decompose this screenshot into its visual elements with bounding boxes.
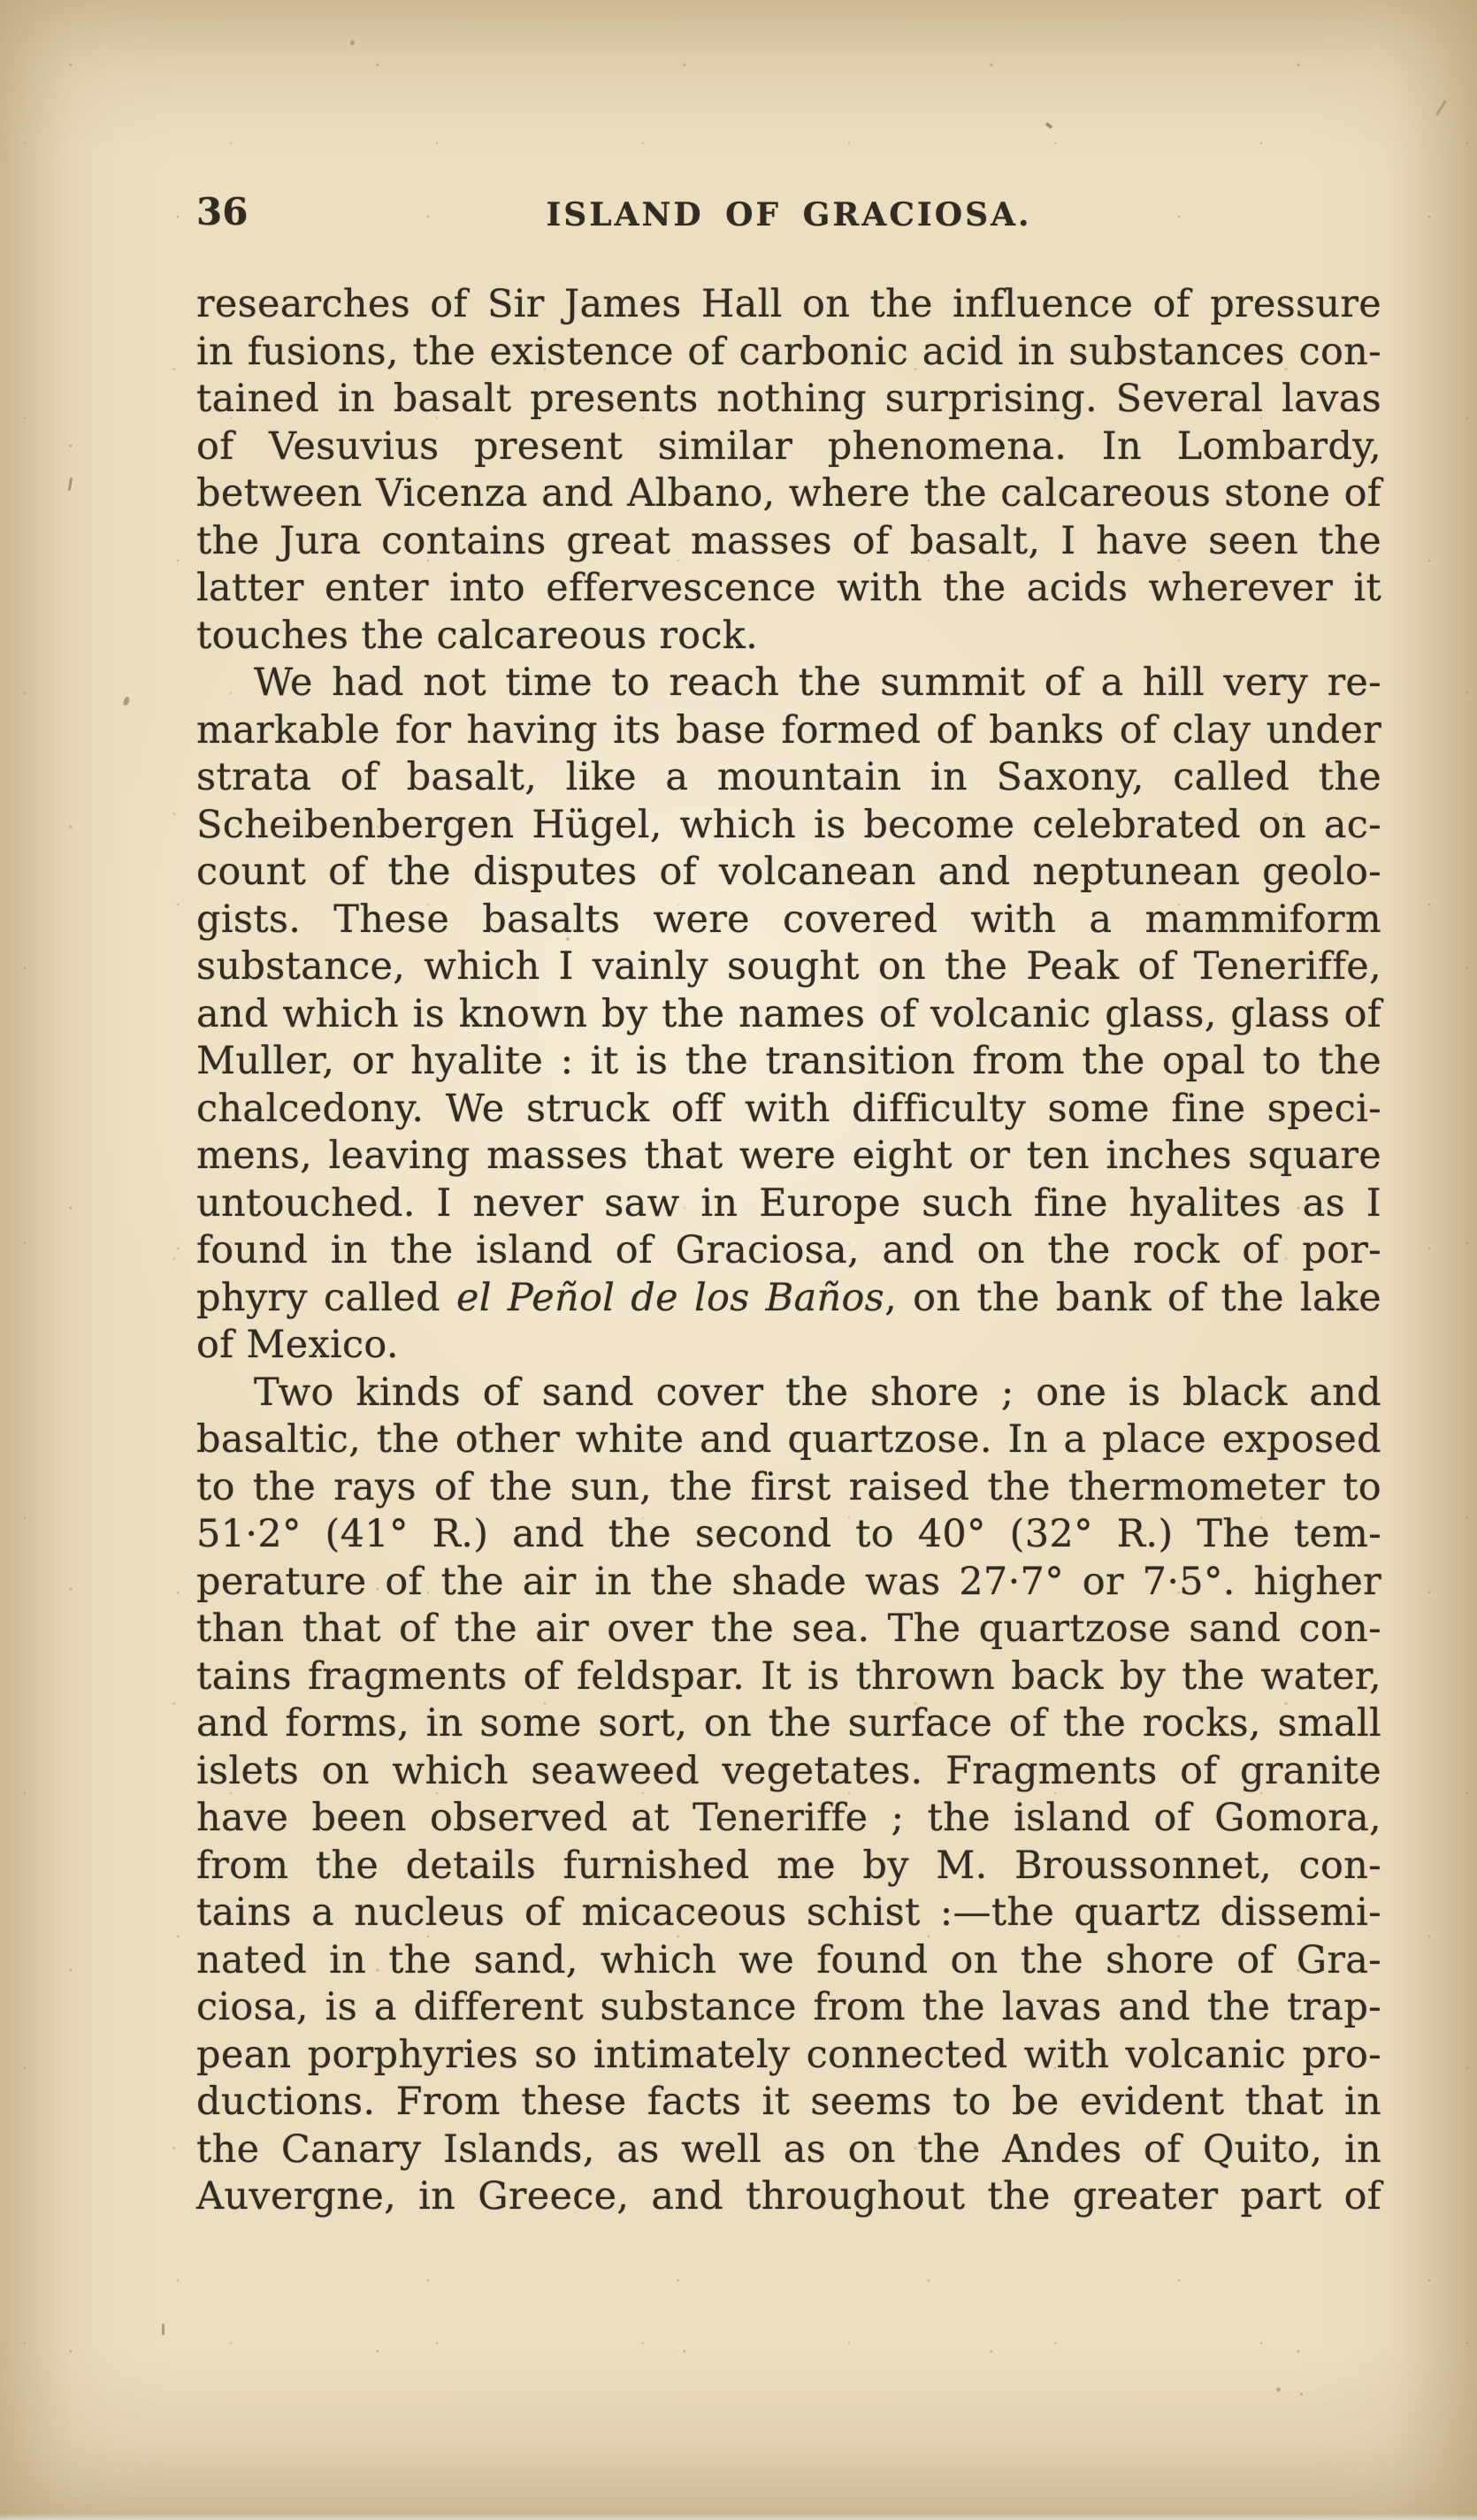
text-segment: strata of basalt, like a mountain in Sax…: [196, 755, 1381, 799]
text-segment: of Mexico.: [196, 1323, 399, 1367]
text-line: between Vicenza and Albano, where the ca…: [196, 470, 1381, 518]
running-title: ISLAND OF GRACIOSA.: [196, 196, 1381, 233]
text-segment: Scheibenbergen Hügel, which is become ce…: [196, 803, 1381, 847]
text-segment: of Vesuvius present similar phenomena. I…: [196, 424, 1381, 469]
text-segment: count of the disputes of volcanean and n…: [196, 850, 1381, 894]
text-line: chalcedony. We struck off with difficult…: [196, 1086, 1381, 1134]
scan-artifact: [1435, 100, 1447, 117]
text-segment: Two kinds of sand cover the shore ; one …: [254, 1371, 1381, 1415]
text-segment: and forms, in some sort, on the surface …: [196, 1701, 1381, 1745]
text-line: tains a nucleus of micaceous schist :—th…: [196, 1890, 1381, 1937]
scan-artifact: [1276, 2387, 1281, 2392]
text-segment: mens, leaving masses that were eight or …: [196, 1134, 1381, 1178]
text-segment: gists. These basalts were covered with a…: [196, 897, 1381, 942]
text-segment: found in the island of Graciosa, and on …: [196, 1228, 1381, 1272]
text-segment: tains a nucleus of micaceous schist :—th…: [196, 1890, 1381, 1935]
text-segment: nated in the sand, which we found on the…: [196, 1938, 1381, 1982]
text-line: Auvergne, in Greece, and throughout the …: [196, 2173, 1381, 2221]
text-line: than that of the air over the sea. The q…: [196, 1606, 1381, 1653]
text-segment: tains fragments of feldspar. It is throw…: [196, 1654, 1381, 1699]
text-line: have been observed at Teneriffe ; the is…: [196, 1795, 1381, 1843]
text-segment: in fusions, the existence of carbonic ac…: [196, 330, 1381, 374]
scanned-book-page: 36 ISLAND OF GRACIOSA. researches of Sir…: [0, 0, 1477, 2520]
text-line: basaltic, the other white and quartzose.…: [196, 1417, 1381, 1464]
text-segment: ciosa, is a different substance from the…: [196, 1985, 1381, 2029]
text-line: in fusions, the existence of carbonic ac…: [196, 329, 1381, 377]
text-segment: phyry called: [196, 1276, 456, 1320]
text-segment: and which is known by the names of volca…: [196, 992, 1381, 1036]
text-line: nated in the sand, which we found on the…: [196, 1937, 1381, 1985]
text-line: to the rays of the sun, the first raised…: [196, 1464, 1381, 1512]
text-line: found in the island of Graciosa, and on …: [196, 1227, 1381, 1275]
text-line: Two kinds of sand cover the shore ; one …: [196, 1370, 1381, 1417]
text-line: perature of the air in the shade was 27·…: [196, 1559, 1381, 1607]
text-line: phyry called el Peñol de los Baños, on t…: [196, 1275, 1381, 1323]
text-line: from the details furnished me by M. Brou…: [196, 1843, 1381, 1890]
scan-artifact: [1045, 122, 1053, 129]
running-head: 36 ISLAND OF GRACIOSA.: [196, 193, 1381, 237]
text-segment: chalcedony. We struck off with difficult…: [196, 1087, 1381, 1131]
text-line: untouched. I never saw in Europe such fi…: [196, 1180, 1381, 1228]
text-line: ciosa, is a different substance from the…: [196, 1984, 1381, 2032]
text-segment: to the rays of the sun, the first raised…: [196, 1465, 1381, 1509]
paragraph: researches of Sir James Hall on the infl…: [196, 281, 1381, 660]
text-segment: the Jura contains great masses of basalt…: [196, 519, 1381, 563]
text-line: tains fragments of feldspar. It is throw…: [196, 1653, 1381, 1701]
scan-bottom-edge: [0, 2514, 1477, 2520]
text-line: ductions. From these facts it seems to b…: [196, 2079, 1381, 2127]
text-line: count of the disputes of volcanean and n…: [196, 849, 1381, 897]
text-segment: researches of Sir James Hall on the infl…: [196, 282, 1381, 326]
text-segment: than that of the air over the sea. The q…: [196, 1607, 1381, 1651]
text-line: of Mexico.: [196, 1322, 1381, 1370]
text-segment: have been observed at Teneriffe ; the is…: [196, 1796, 1381, 1840]
text-segment: untouched. I never saw in Europe such fi…: [196, 1181, 1381, 1226]
text-line: latter enter into effervescence with the…: [196, 565, 1381, 613]
text-segment: islets on which seaweed vegetates. Fragm…: [196, 1749, 1381, 1793]
paragraph: Two kinds of sand cover the shore ; one …: [196, 1370, 1381, 2221]
text-segment: markable for having its base formed of b…: [196, 708, 1381, 752]
text-segment: substance, which I vainly sought on the …: [196, 944, 1381, 989]
text-line: the Canary Islands, as well as on the An…: [196, 2127, 1381, 2174]
text-line: islets on which seaweed vegetates. Fragm…: [196, 1748, 1381, 1796]
text-line: We had not time to reach the summit of a…: [196, 660, 1381, 707]
text-line: of Vesuvius present similar phenomena. I…: [196, 424, 1381, 471]
text-segment: We had not time to reach the summit of a…: [254, 661, 1381, 705]
text-segment: from the details furnished me by M. Brou…: [196, 1844, 1381, 1888]
text-segment: basaltic, the other white and quartzose.…: [196, 1417, 1381, 1462]
text-segment: tained in basalt presents nothing surpri…: [196, 377, 1381, 421]
text-line: gists. These basalts were covered with a…: [196, 897, 1381, 944]
text-segment: the Canary Islands, as well as on the An…: [196, 2127, 1381, 2172]
paragraph: We had not time to reach the summit of a…: [196, 660, 1381, 1370]
text-segment: pean porphyries so intimately connected …: [196, 2033, 1381, 2077]
text-line: and forms, in some sort, on the surface …: [196, 1700, 1381, 1748]
text-segment: Muller, or hyalite : it is the transitio…: [196, 1039, 1381, 1083]
text-segment: 51·2° (41° R.) and the second to 40° (32…: [196, 1512, 1381, 1556]
text-line: tained in basalt presents nothing surpri…: [196, 376, 1381, 424]
text-segment: touches the calcareous rock.: [196, 614, 758, 658]
text-segment: ductions. From these facts it seems to b…: [196, 2080, 1381, 2124]
scan-artifact: [162, 2324, 165, 2335]
text-segment: Auvergne, in Greece, and throughout the …: [196, 2174, 1381, 2218]
text-line: the Jura contains great masses of basalt…: [196, 518, 1381, 566]
text-line: markable for having its base formed of b…: [196, 707, 1381, 755]
text-line: and which is known by the names of volca…: [196, 991, 1381, 1039]
text-line: mens, leaving masses that were eight or …: [196, 1133, 1381, 1180]
text-segment: latter enter into effervescence with the…: [196, 566, 1381, 610]
text-line: Scheibenbergen Hügel, which is become ce…: [196, 802, 1381, 850]
text-line: researches of Sir James Hall on the infl…: [196, 281, 1381, 329]
text-line: touches the calcareous rock.: [196, 613, 1381, 661]
text-line: pean porphyries so intimately connected …: [196, 2032, 1381, 2080]
text-segment: between Vicenza and Albano, where the ca…: [196, 471, 1381, 515]
text-block: researches of Sir James Hall on the infl…: [196, 281, 1381, 2221]
scan-artifact: [350, 41, 355, 45]
italic-phrase: el Peñol de los Baños: [456, 1276, 884, 1320]
text-line: substance, which I vainly sought on the …: [196, 943, 1381, 991]
scan-artifact: [123, 696, 131, 706]
text-segment: , on the bank of the lake: [884, 1276, 1381, 1320]
text-line: Muller, or hyalite : it is the transitio…: [196, 1038, 1381, 1086]
text-segment: perature of the air in the shade was 27·…: [196, 1560, 1381, 1604]
scan-artifact: [68, 477, 73, 491]
text-line: strata of basalt, like a mountain in Sax…: [196, 754, 1381, 802]
text-line: 51·2° (41° R.) and the second to 40° (32…: [196, 1511, 1381, 1559]
